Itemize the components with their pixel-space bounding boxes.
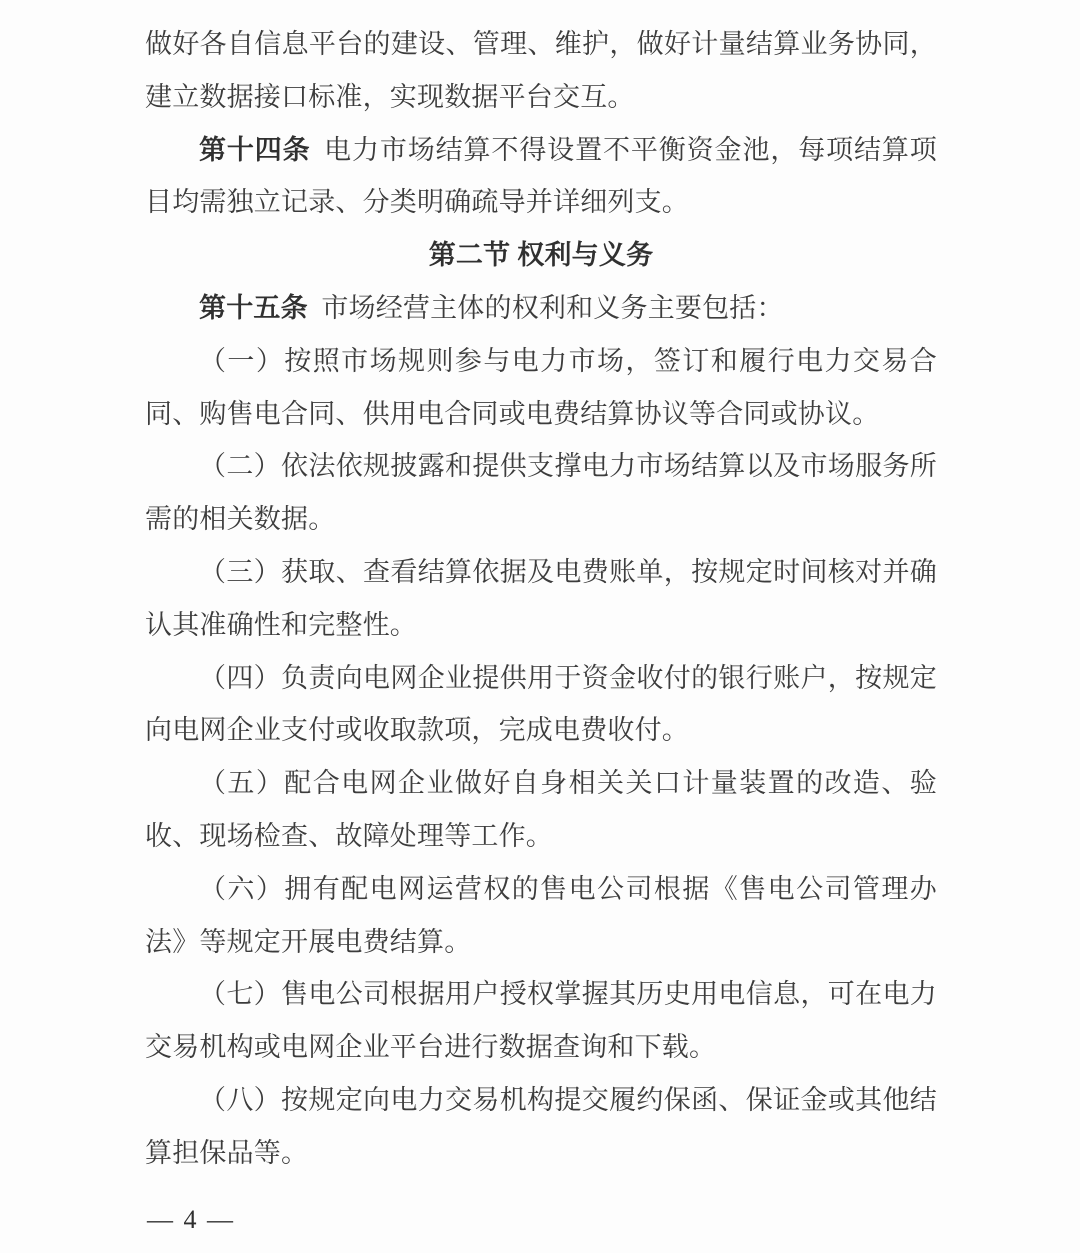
list-item-7: （七）售电公司根据用户授权掌握其历史用电信息，可在电力交易机构或电网企业平台进行… bbox=[145, 968, 937, 1074]
list-item-3: （三）获取、查看结算依据及电费账单，按规定时间核对并确认其准确性和完整性。 bbox=[145, 546, 937, 652]
document-page: 做好各自信息平台的建设、管理、维护，做好计量结算业务协同，建立数据接口标准，实现… bbox=[0, 0, 1080, 1253]
article-15-text: 市场经营主体的权利和义务主要包括： bbox=[321, 293, 783, 323]
paragraph-continuation: 做好各自信息平台的建设、管理、维护，做好计量结算业务协同，建立数据接口标准，实现… bbox=[145, 18, 937, 124]
text-column: 做好各自信息平台的建设、管理、维护，做好计量结算业务协同，建立数据接口标准，实现… bbox=[145, 18, 937, 1180]
list-item-6: （六）拥有配电网运营权的售电公司根据《售电公司管理办法》等规定开展电费结算。 bbox=[145, 863, 937, 969]
list-item-1: （一）按照市场规则参与电力市场，签订和履行电力交易合同、购售电合同、供用电合同或… bbox=[145, 335, 937, 441]
article-15-number: 第十五条 bbox=[199, 293, 308, 323]
page-number: — 4 — bbox=[147, 1198, 235, 1242]
article-14-number: 第十四条 bbox=[199, 135, 311, 165]
list-item-4: （四）负责向电网企业提供用于资金收付的银行账户，按规定向电网企业支付或收取款项，… bbox=[145, 652, 937, 758]
paragraph-article-15: 第十五条市场经营主体的权利和义务主要包括： bbox=[145, 282, 937, 335]
paragraph-article-14: 第十四条电力市场结算不得设置不平衡资金池，每项结算项目均需独立记录、分类明确疏导… bbox=[145, 124, 937, 230]
list-item-8: （八）按规定向电力交易机构提交履约保函、保证金或其他结算担保品等。 bbox=[145, 1074, 937, 1180]
section-heading: 第二节 权利与义务 bbox=[145, 229, 937, 282]
list-item-2: （二）依法依规披露和提供支撑电力市场结算以及市场服务所需的相关数据。 bbox=[145, 440, 937, 546]
list-item-5: （五）配合电网企业做好自身相关关口计量装置的改造、验收、现场检查、故障处理等工作… bbox=[145, 757, 937, 863]
